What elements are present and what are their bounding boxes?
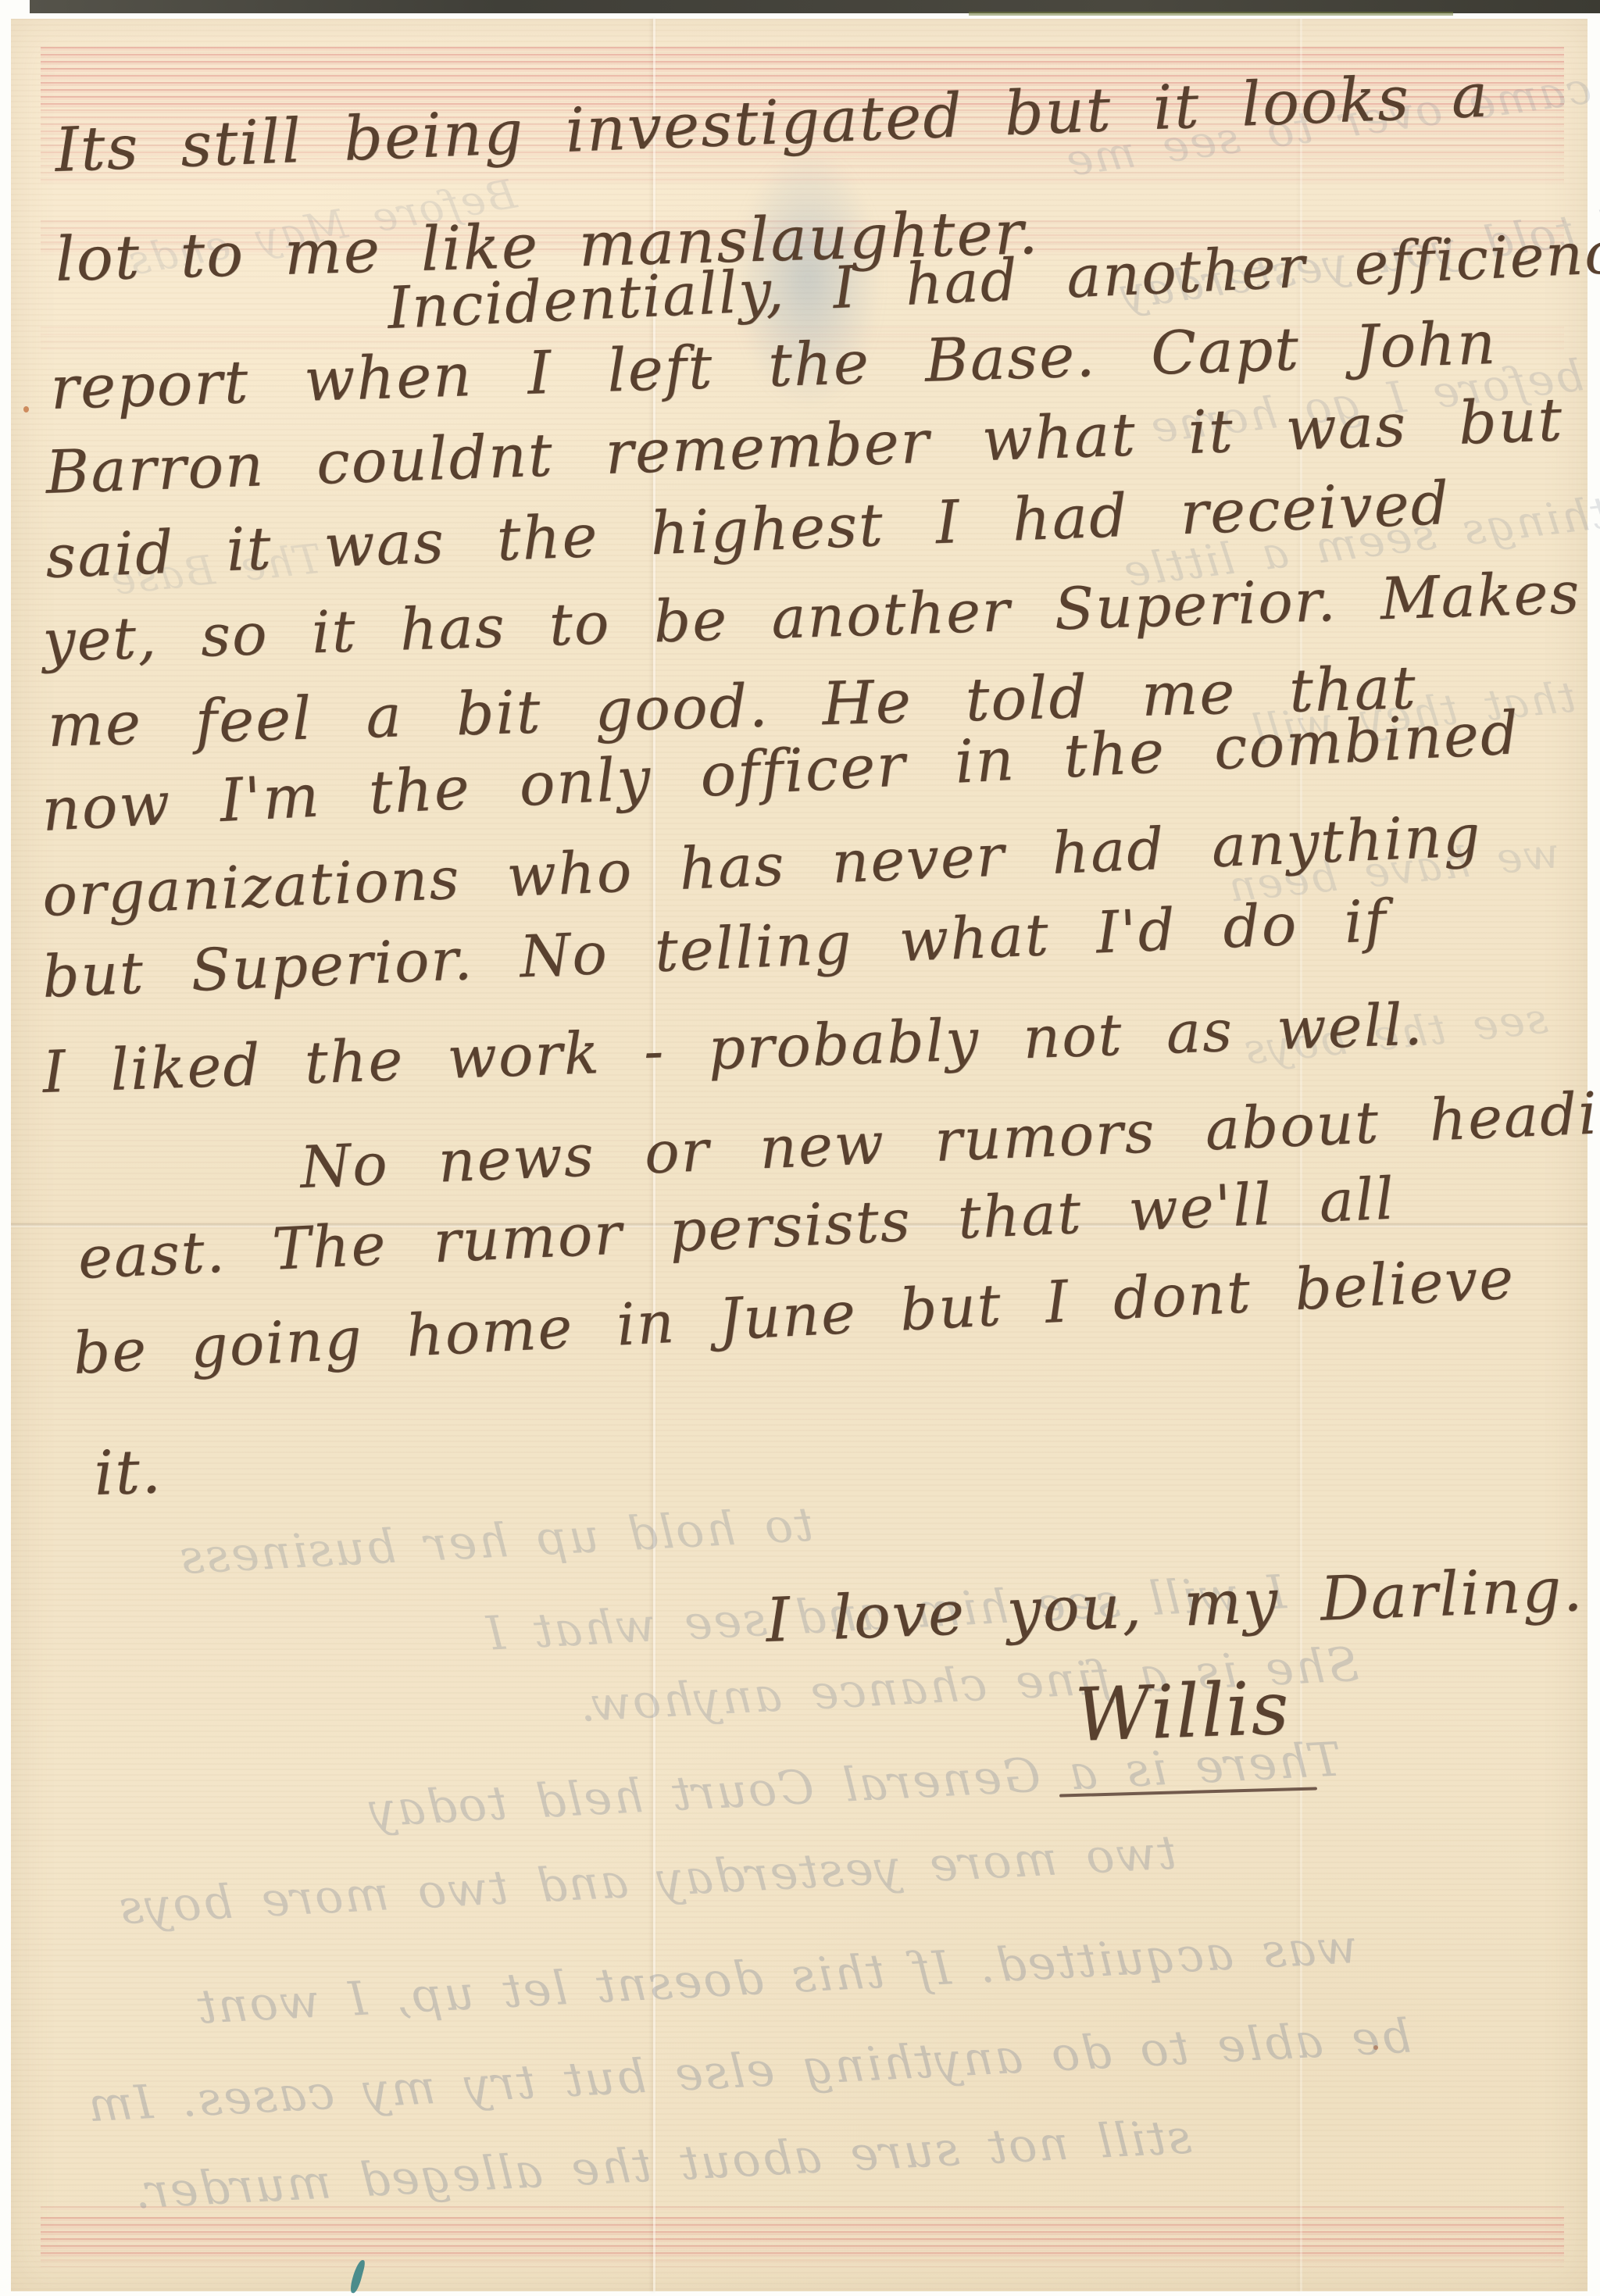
scan-top-edge-tint	[969, 12, 1453, 16]
letter-line: it.	[93, 1437, 163, 1509]
letter-scan: he came over to see me I told you yester…	[0, 0, 1600, 2296]
ruling-band-bottom-fade	[41, 2259, 1564, 2267]
ruling-band-bottom-strong	[41, 2217, 1564, 2258]
rust-speck	[23, 406, 29, 412]
letter-signature: Willis	[1073, 1666, 1291, 1759]
